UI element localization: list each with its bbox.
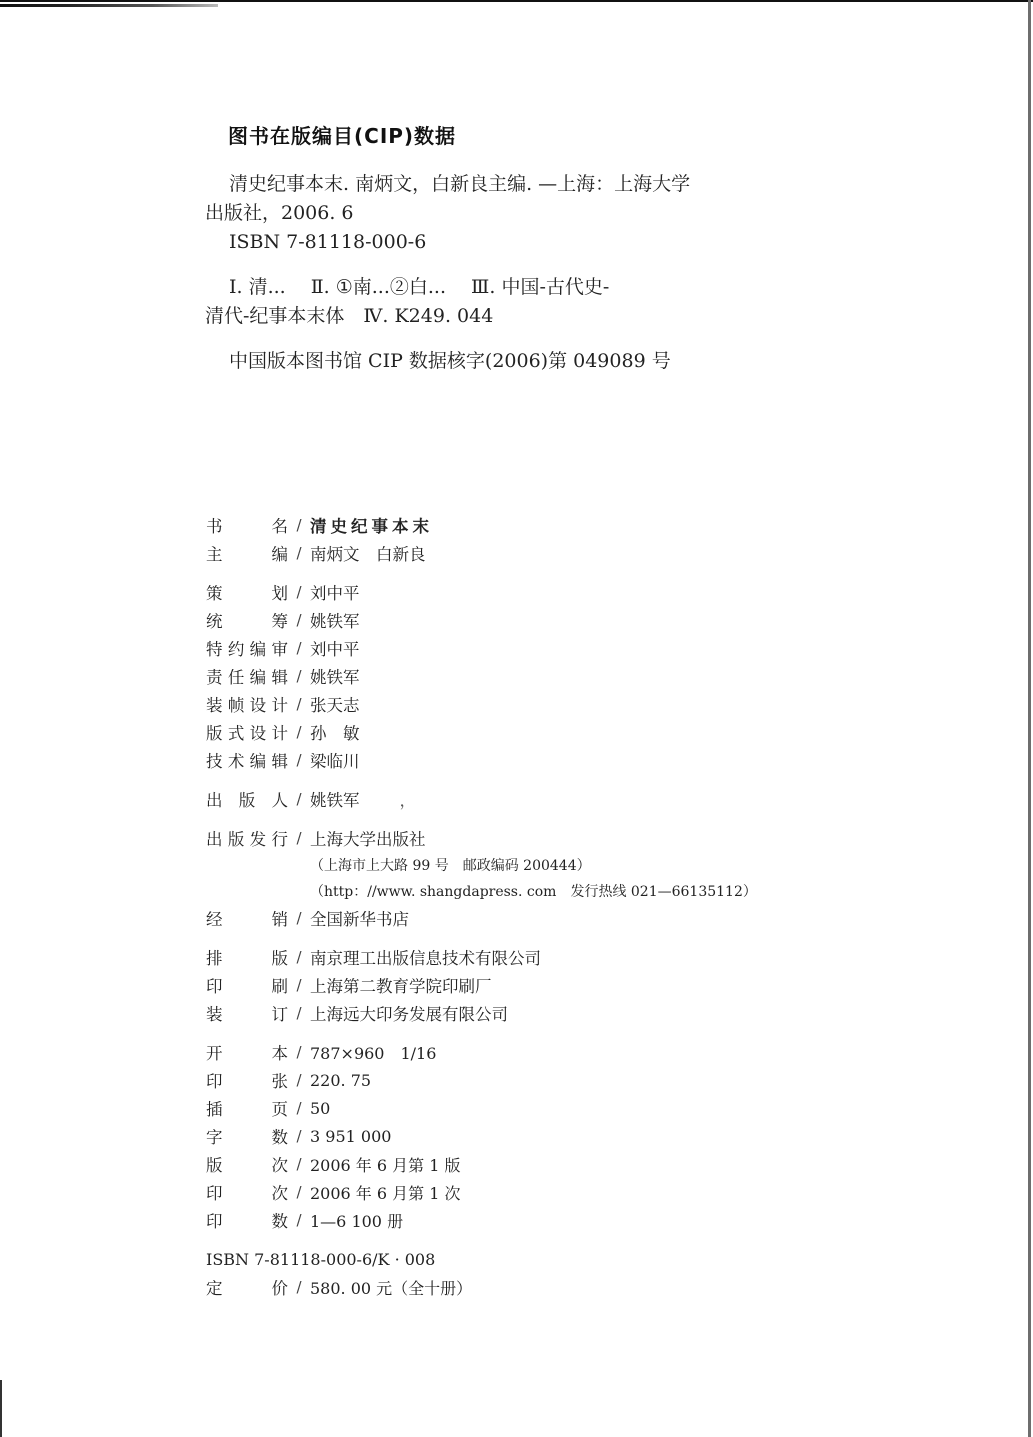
colophon-label: 装订 bbox=[206, 1001, 288, 1025]
scan-artifact-line bbox=[0, 4, 218, 7]
label-char: 版 bbox=[206, 720, 223, 744]
colophon-value: 姚铁军 bbox=[310, 787, 360, 811]
label-char: 辑 bbox=[271, 748, 288, 772]
slash-separator: / bbox=[288, 751, 310, 769]
colophon-row: 排版/南京理工出版信息技术有限公司 bbox=[206, 943, 757, 971]
label-char: 计 bbox=[271, 720, 288, 744]
colophon-row: 装订/上海远大印务发展有限公司 bbox=[206, 999, 757, 1027]
label-char: 数 bbox=[272, 1124, 289, 1148]
colophon-label: 开本 bbox=[206, 1040, 288, 1064]
label-char: 式 bbox=[228, 720, 245, 744]
label-char: 技 bbox=[206, 748, 223, 772]
label-char: 数 bbox=[272, 1208, 289, 1232]
label-char: 销 bbox=[272, 906, 289, 930]
slash-separator: / bbox=[288, 639, 310, 657]
slash-separator: / bbox=[288, 1099, 310, 1117]
colophon-label: 统筹 bbox=[206, 608, 288, 632]
colophon-label: 经销 bbox=[206, 906, 288, 930]
cip-heading: 图书在版编目(CIP)数据 bbox=[228, 120, 456, 149]
group-spacer bbox=[206, 774, 757, 785]
stray-mark: ， bbox=[400, 787, 417, 811]
label-char: 筹 bbox=[272, 608, 289, 632]
group-spacer bbox=[206, 1234, 757, 1245]
publisher-contact-line: （上海市上大路 99 号 邮政编码 200444） bbox=[206, 852, 757, 878]
label-char: 审 bbox=[271, 636, 288, 660]
label-char: 刷 bbox=[272, 973, 289, 997]
label-char: 印 bbox=[206, 1180, 223, 1204]
slash-separator: / bbox=[288, 667, 310, 685]
colophon-value: 清史纪事本末 bbox=[310, 513, 433, 537]
slash-separator: / bbox=[288, 1043, 310, 1061]
colophon-row: 装帧设计/张天志 bbox=[206, 690, 757, 718]
colophon-row: 印数/1—6 100 册 bbox=[206, 1206, 757, 1234]
colophon-value: 全国新华书店 bbox=[310, 906, 409, 930]
label-char: 次 bbox=[272, 1180, 289, 1204]
colophon-label: 插页 bbox=[206, 1096, 288, 1120]
label-char: 印 bbox=[206, 1208, 223, 1232]
cip-data-block: 清史纪事本末. 南炳文，白新良主编. —上海：上海大学 出版社，2006. 6 … bbox=[205, 170, 785, 376]
slash-separator: / bbox=[288, 829, 310, 847]
label-char: 订 bbox=[272, 1001, 289, 1025]
colophon-row: 统筹/姚铁军 bbox=[206, 606, 757, 634]
slash-separator: / bbox=[288, 1071, 310, 1089]
label-char: 辑 bbox=[271, 664, 288, 688]
label-char: 特 bbox=[206, 636, 223, 660]
colophon-row: 开本/787×960 1/16 bbox=[206, 1038, 757, 1066]
slash-separator: / bbox=[288, 1127, 310, 1145]
colophon-label: 责任编辑 bbox=[206, 664, 288, 688]
colophon-block: 书名/清史纪事本末主编/南炳文 白新良策划/刘中平统筹/姚铁军特约编审/刘中平责… bbox=[206, 511, 757, 1301]
colophon-row: 责任编辑/姚铁军 bbox=[206, 662, 757, 690]
label-char: 排 bbox=[206, 945, 223, 969]
label-char: 任 bbox=[228, 664, 245, 688]
label-char: 术 bbox=[228, 748, 245, 772]
cip-bibliographic-line: 清史纪事本末. 南炳文，白新良主编. —上海：上海大学 bbox=[205, 170, 785, 199]
label-char: 行 bbox=[271, 826, 288, 850]
slash-separator: / bbox=[288, 976, 310, 994]
slash-separator: / bbox=[288, 544, 310, 562]
cip-subjects-line2: 清代-纪事本末体 Ⅳ. K249. 044 bbox=[205, 302, 785, 331]
label-char: 约 bbox=[228, 636, 245, 660]
colophon-value: 580. 00 元（全十册） bbox=[310, 1276, 472, 1299]
colophon-row: 印次/2006 年 6 月第 1 次 bbox=[206, 1178, 757, 1206]
colophon-label: 出版人 bbox=[206, 787, 288, 811]
colophon-value: 姚铁军 bbox=[310, 664, 360, 688]
colophon-value: 220. 75 bbox=[310, 1071, 371, 1090]
colophon-row: 版式设计/孙 敏 bbox=[206, 718, 757, 746]
colophon-label: 印张 bbox=[206, 1068, 288, 1092]
colophon-value: 刘中平 bbox=[310, 636, 360, 660]
colophon-row: 出版发行/上海大学出版社 bbox=[206, 824, 757, 852]
colophon-value: 上海大学出版社 bbox=[310, 826, 426, 850]
colophon-row: 主编/南炳文 白新良 bbox=[206, 539, 757, 567]
slash-separator: / bbox=[288, 1183, 310, 1201]
colophon-label: 策划 bbox=[206, 580, 288, 604]
group-spacer bbox=[206, 932, 757, 943]
label-char: 版 bbox=[228, 826, 245, 850]
colophon-row: 版次/2006 年 6 月第 1 版 bbox=[206, 1150, 757, 1178]
slash-separator: / bbox=[288, 1004, 310, 1022]
slash-separator: / bbox=[288, 948, 310, 966]
publisher-contact-line: （http：//www. shangdapress. com 发行热线 021—… bbox=[206, 878, 757, 904]
cip-isbn: ISBN 7-81118-000-6 bbox=[205, 228, 785, 257]
colophon-value: 上海远大印务发展有限公司 bbox=[310, 1001, 508, 1025]
label-char: 责 bbox=[206, 664, 223, 688]
slash-separator: / bbox=[288, 723, 310, 741]
colophon-value: 3 951 000 bbox=[310, 1127, 391, 1146]
colophon-row: 印张/220. 75 bbox=[206, 1066, 757, 1094]
label-char: 字 bbox=[206, 1124, 223, 1148]
slash-separator: / bbox=[288, 583, 310, 601]
label-char: 书 bbox=[206, 513, 223, 537]
colophon-value: 上海第二教育学院印刷厂 bbox=[310, 973, 492, 997]
slash-separator: / bbox=[288, 790, 310, 808]
colophon-label: 装帧设计 bbox=[206, 692, 288, 716]
cip-subjects-line1: Ⅰ. 清... Ⅱ. ①南...②白... Ⅲ. 中国-古代史- bbox=[205, 273, 785, 302]
colophon-label: 印刷 bbox=[206, 973, 288, 997]
page-left-border bbox=[0, 1380, 2, 1437]
label-char: 经 bbox=[206, 906, 223, 930]
colophon-label: 字数 bbox=[206, 1124, 288, 1148]
group-spacer bbox=[206, 567, 757, 578]
label-char: 定 bbox=[206, 1275, 223, 1299]
label-char: 印 bbox=[206, 1068, 223, 1092]
page-top-border bbox=[0, 0, 1033, 2]
label-char: 编 bbox=[250, 636, 267, 660]
colophon-value: 孙 敏 bbox=[310, 720, 360, 744]
page-right-border bbox=[1028, 0, 1031, 1437]
colophon-label: 出版发行 bbox=[206, 826, 288, 850]
cip-number: 中国版本图书馆 CIP 数据核字(2006)第 049089 号 bbox=[205, 347, 785, 376]
label-char: 装 bbox=[206, 692, 223, 716]
label-char: 设 bbox=[250, 692, 267, 716]
slash-separator: / bbox=[288, 611, 310, 629]
colophon-value: 2006 年 6 月第 1 版 bbox=[310, 1153, 461, 1176]
group-spacer bbox=[206, 1027, 757, 1038]
label-char: 价 bbox=[272, 1275, 289, 1299]
colophon-label: 书名 bbox=[206, 513, 288, 537]
slash-separator: / bbox=[288, 1155, 310, 1173]
colophon-label: 版式设计 bbox=[206, 720, 288, 744]
colophon-value: 1—6 100 册 bbox=[310, 1209, 403, 1232]
colophon-row: 特约编审/刘中平 bbox=[206, 634, 757, 662]
label-char: 本 bbox=[272, 1040, 289, 1064]
label-char: 出 bbox=[206, 787, 223, 811]
colophon-value: 787×960 1/16 bbox=[310, 1041, 436, 1064]
slash-separator: / bbox=[288, 695, 310, 713]
label-char: 计 bbox=[271, 692, 288, 716]
slash-separator: / bbox=[288, 909, 310, 927]
label-char: 出 bbox=[206, 826, 223, 850]
colophon-label: 特约编审 bbox=[206, 636, 288, 660]
label-char: 页 bbox=[272, 1096, 289, 1120]
colophon-value: 梁临川 bbox=[310, 748, 360, 772]
label-char: 张 bbox=[272, 1068, 289, 1092]
label-char: 印 bbox=[206, 973, 223, 997]
group-spacer bbox=[206, 813, 757, 824]
label-char: 人 bbox=[272, 787, 289, 811]
label-char: 开 bbox=[206, 1040, 223, 1064]
cip-publisher-line: 出版社，2006. 6 bbox=[205, 199, 785, 228]
colophon-value: 2006 年 6 月第 1 次 bbox=[310, 1181, 461, 1204]
colophon-label: 定价 bbox=[206, 1275, 288, 1299]
colophon-row: 技术编辑/梁临川 bbox=[206, 746, 757, 774]
colophon-label: 印次 bbox=[206, 1180, 288, 1204]
slash-separator: / bbox=[288, 1278, 310, 1296]
colophon-label: 技术编辑 bbox=[206, 748, 288, 772]
colophon-label: 排版 bbox=[206, 945, 288, 969]
isbn-classification: ISBN 7-81118-000-6/K · 008 bbox=[206, 1245, 757, 1273]
colophon-row: 印刷/上海第二教育学院印刷厂 bbox=[206, 971, 757, 999]
colophon-row: 书名/清史纪事本末 bbox=[206, 511, 757, 539]
label-char: 编 bbox=[250, 664, 267, 688]
label-char: 帧 bbox=[228, 692, 245, 716]
colophon-value: 南炳文 白新良 bbox=[310, 541, 426, 565]
label-char: 版 bbox=[206, 1152, 223, 1176]
label-char: 编 bbox=[272, 541, 289, 565]
label-char: 版 bbox=[272, 945, 289, 969]
label-char: 发 bbox=[250, 826, 267, 850]
colophon-label: 印数 bbox=[206, 1208, 288, 1232]
colophon-row: 策划/刘中平 bbox=[206, 578, 757, 606]
label-char: 策 bbox=[206, 580, 223, 604]
label-char: 版 bbox=[239, 787, 256, 811]
colophon-row: 经销/全国新华书店 bbox=[206, 904, 757, 932]
colophon-value: 50 bbox=[310, 1099, 330, 1118]
label-char: 次 bbox=[272, 1152, 289, 1176]
colophon-value: 南京理工出版信息技术有限公司 bbox=[310, 945, 541, 969]
colophon-label: 版次 bbox=[206, 1152, 288, 1176]
label-char: 装 bbox=[206, 1001, 223, 1025]
colophon-row: 字数/3 951 000 bbox=[206, 1122, 757, 1150]
label-char: 编 bbox=[250, 748, 267, 772]
colophon-label: 主编 bbox=[206, 541, 288, 565]
colophon-value: 刘中平 bbox=[310, 580, 360, 604]
colophon-row: 出版人/姚铁军， bbox=[206, 785, 757, 813]
label-char: 插 bbox=[206, 1096, 223, 1120]
label-char: 划 bbox=[272, 580, 289, 604]
colophon-row: 插页/50 bbox=[206, 1094, 757, 1122]
label-char: 主 bbox=[206, 541, 223, 565]
label-char: 统 bbox=[206, 608, 223, 632]
label-char: 名 bbox=[272, 513, 289, 537]
colophon-value: 张天志 bbox=[310, 692, 360, 716]
slash-separator: / bbox=[288, 1211, 310, 1229]
slash-separator: / bbox=[288, 516, 310, 534]
colophon-value: 姚铁军 bbox=[310, 608, 360, 632]
colophon-row: 定价/580. 00 元（全十册） bbox=[206, 1273, 757, 1301]
label-char: 设 bbox=[250, 720, 267, 744]
